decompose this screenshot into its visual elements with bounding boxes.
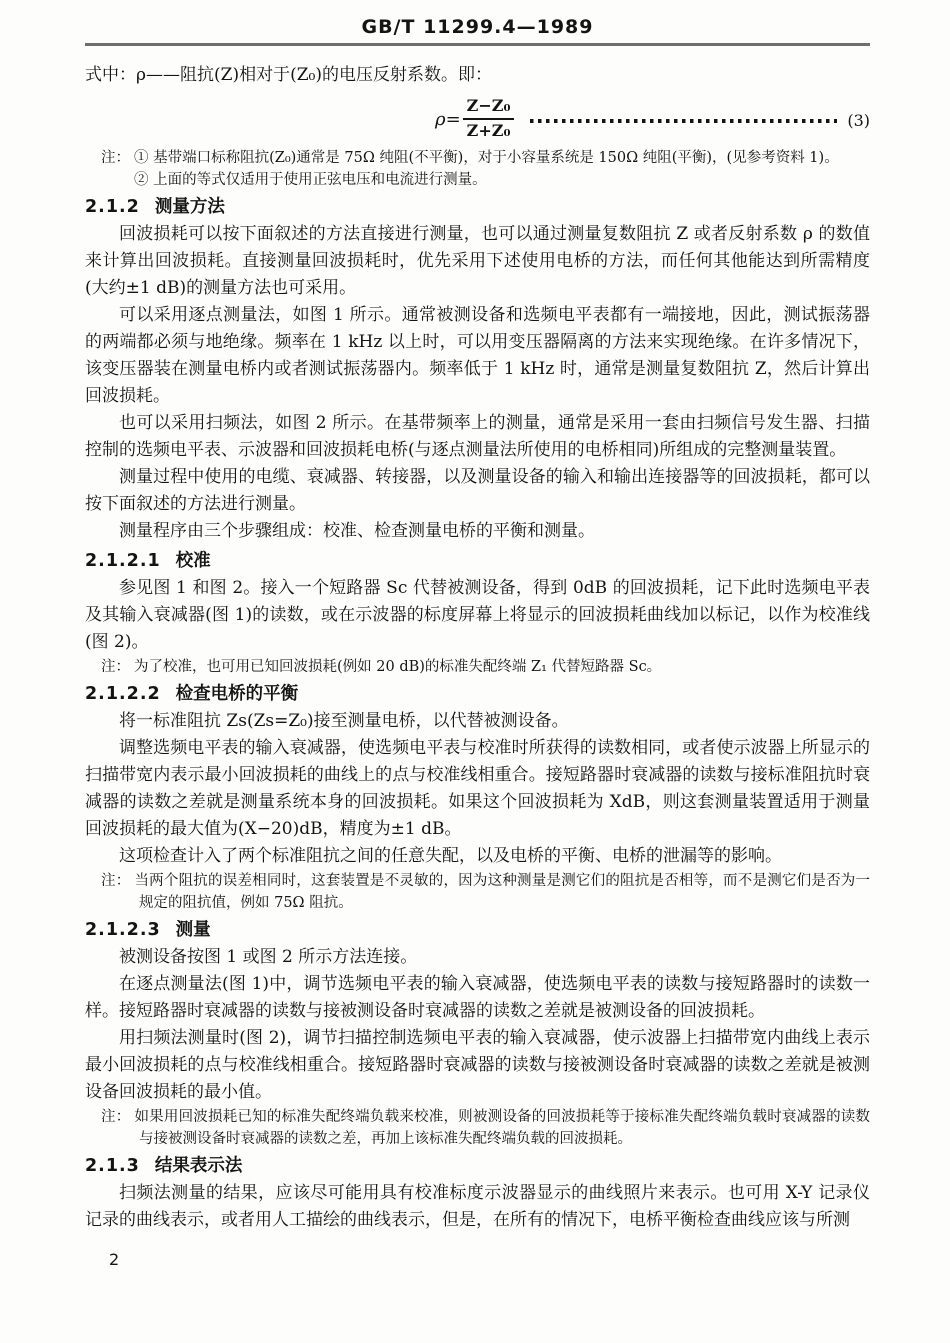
- equation-3: ρ= Z−Z₀ Z+Z₀ (3): [85, 94, 870, 144]
- section-2-1-3-heading: 2.1.3结果表示法: [85, 1152, 870, 1180]
- fraction-denominator: Z+Z₀: [463, 120, 515, 142]
- section-2-1-2-heading: 2.1.2测量方法: [85, 193, 870, 221]
- equation-number: (3): [847, 111, 870, 130]
- note-text: 为了校准，也可用已知回波损耗(例如 20 dB)的标准失配终端 Z₁ 代替短路器…: [134, 659, 661, 675]
- dotted-leader: [530, 119, 837, 123]
- section-2-1-2-3-paragraph-3: 用扫频法测量时(图 2)，调节扫描控制选频电平表的输入衰减器，使示波器上扫描带宽…: [85, 1025, 870, 1106]
- section-2-1-2-number: 2.1.2: [85, 197, 140, 217]
- section-2-1-2-1-note: 注：为了校准，也可用已知回波损耗(例如 20 dB)的标准失配终端 Z₁ 代替短…: [101, 656, 870, 678]
- section-2-1-2-2-heading: 2.1.2.2检查电桥的平衡: [85, 680, 870, 708]
- note-text: 当两个阻抗的误差相同时，这套装置是不灵敏的，因为这种测量是测它们的阻抗是否相等，…: [134, 873, 870, 911]
- formula-note-items: ① 基带端口标称阻抗(Z₀)通常是 75Ω 纯阻(不平衡)，对于小容量系统是 1…: [134, 147, 839, 191]
- section-2-1-2-2-number: 2.1.2.2: [85, 684, 161, 704]
- section-2-1-2-paragraph-5: 测量程序由三个步骤组成：校准、检查测量电桥的平衡和测量。: [85, 518, 870, 545]
- section-2-1-2-paragraph-3: 也可以采用扫频法，如图 2 所示。在基带频率上的测量，通常是采用一套由扫频信号发…: [85, 410, 870, 464]
- section-2-1-2-1-paragraph-1: 参见图 1 和图 2。接入一个短路器 Sc 代替被测设备，得到 0dB 的回波损…: [85, 575, 870, 656]
- formula-note-1: ① 基带端口标称阻抗(Z₀)通常是 75Ω 纯阻(不平衡)，对于小容量系统是 1…: [134, 147, 839, 169]
- fraction-numerator: Z−Z₀: [463, 96, 515, 120]
- section-2-1-2-2-paragraph-3: 这项检查计入了两个标准阻抗之间的任意失配，以及电桥的平衡、电桥的泄漏等的影响。: [85, 843, 870, 870]
- section-2-1-2-title: 测量方法: [155, 197, 225, 217]
- section-2-1-3-number: 2.1.3: [85, 1156, 140, 1176]
- note-label: 注：: [101, 147, 130, 191]
- section-2-1-2-1-title: 校准: [176, 551, 211, 571]
- section-2-1-2-paragraph-2: 可以采用逐点测量法，如图 1 所示。通常被测设备和选频电平表都有一端接地，因此，…: [85, 302, 870, 410]
- section-2-1-2-2-title: 检查电桥的平衡: [176, 684, 299, 704]
- section-2-1-2-3-paragraph-1: 被测设备按图 1 或图 2 所示方法连接。: [85, 944, 870, 971]
- section-2-1-2-3-paragraph-2: 在逐点测量法(图 1)中，调节选频电平表的输入衰减器，使选频电平表的读数与接短路…: [85, 971, 870, 1025]
- page-content: 式中：ρ——阻抗(Z)相对于(Z₀)的电压反射系数。即： ρ= Z−Z₀ Z+Z…: [85, 62, 870, 1234]
- section-2-1-3-paragraph-1: 扫频法测量的结果，应该尽可能用具有校准标度示波器显示的曲线照片来表示。也可用 X…: [85, 1180, 870, 1234]
- section-2-1-2-1-heading: 2.1.2.1校准: [85, 547, 870, 575]
- note-label: 注：: [101, 1109, 130, 1125]
- section-2-1-2-2-paragraph-1: 将一标准阻抗 Zs(Zs=Z₀)接至测量电桥，以代替被测设备。: [85, 708, 870, 735]
- section-2-1-2-paragraph-4: 测量过程中使用的电缆、衰减器、转接器，以及测量设备的输入和输出连接器等的回波损耗…: [85, 464, 870, 518]
- section-2-1-2-2-note: 注：当两个阻抗的误差相同时，这套装置是不灵敏的，因为这种测量是测它们的阻抗是否相…: [101, 870, 870, 914]
- page-number: 2: [109, 1250, 870, 1269]
- equation-lhs: ρ=: [435, 109, 461, 130]
- section-2-1-2-3-title: 测量: [176, 920, 211, 940]
- formula-note-2: ② 上面的等式仅适用于使用正弦电压和电流进行测量。: [134, 169, 839, 191]
- document-number: GB/T 11299.4—1989: [85, 12, 870, 38]
- formula-intro-line: 式中：ρ——阻抗(Z)相对于(Z₀)的电压反射系数。即：: [85, 62, 870, 89]
- note-text: 如果用回波损耗已知的标准失配终端负载来校准，则被测设备的回波损耗等于接标准失配终…: [134, 1109, 870, 1147]
- section-2-1-2-paragraph-1: 回波损耗可以按下面叙述的方法直接进行测量，也可以通过测量复数阻抗 Z 或者反射系…: [85, 221, 870, 302]
- note-label: 注：: [101, 873, 130, 889]
- section-2-1-2-1-number: 2.1.2.1: [85, 551, 161, 571]
- document-page: GB/T 11299.4—1989 式中：ρ——阻抗(Z)相对于(Z₀)的电压反…: [0, 0, 950, 1343]
- note-label: 注：: [101, 659, 130, 675]
- formula-notes: 注： ① 基带端口标称阻抗(Z₀)通常是 75Ω 纯阻(不平衡)，对于小容量系统…: [101, 147, 870, 191]
- section-2-1-2-3-number: 2.1.2.3: [85, 920, 161, 940]
- equation-fraction: Z−Z₀ Z+Z₀: [463, 96, 515, 142]
- section-2-1-2-3-note: 注：如果用回波损耗已知的标准失配终端负载来校准，则被测设备的回波损耗等于接标准失…: [101, 1106, 870, 1150]
- section-2-1-3-title: 结果表示法: [155, 1156, 243, 1176]
- header-rule: [85, 43, 870, 46]
- section-2-1-2-2-paragraph-2: 调整选频电平表的输入衰减器，使选频电平表与校准时所获得的读数相同，或者使示波器上…: [85, 735, 870, 843]
- section-2-1-2-3-heading: 2.1.2.3测量: [85, 916, 870, 944]
